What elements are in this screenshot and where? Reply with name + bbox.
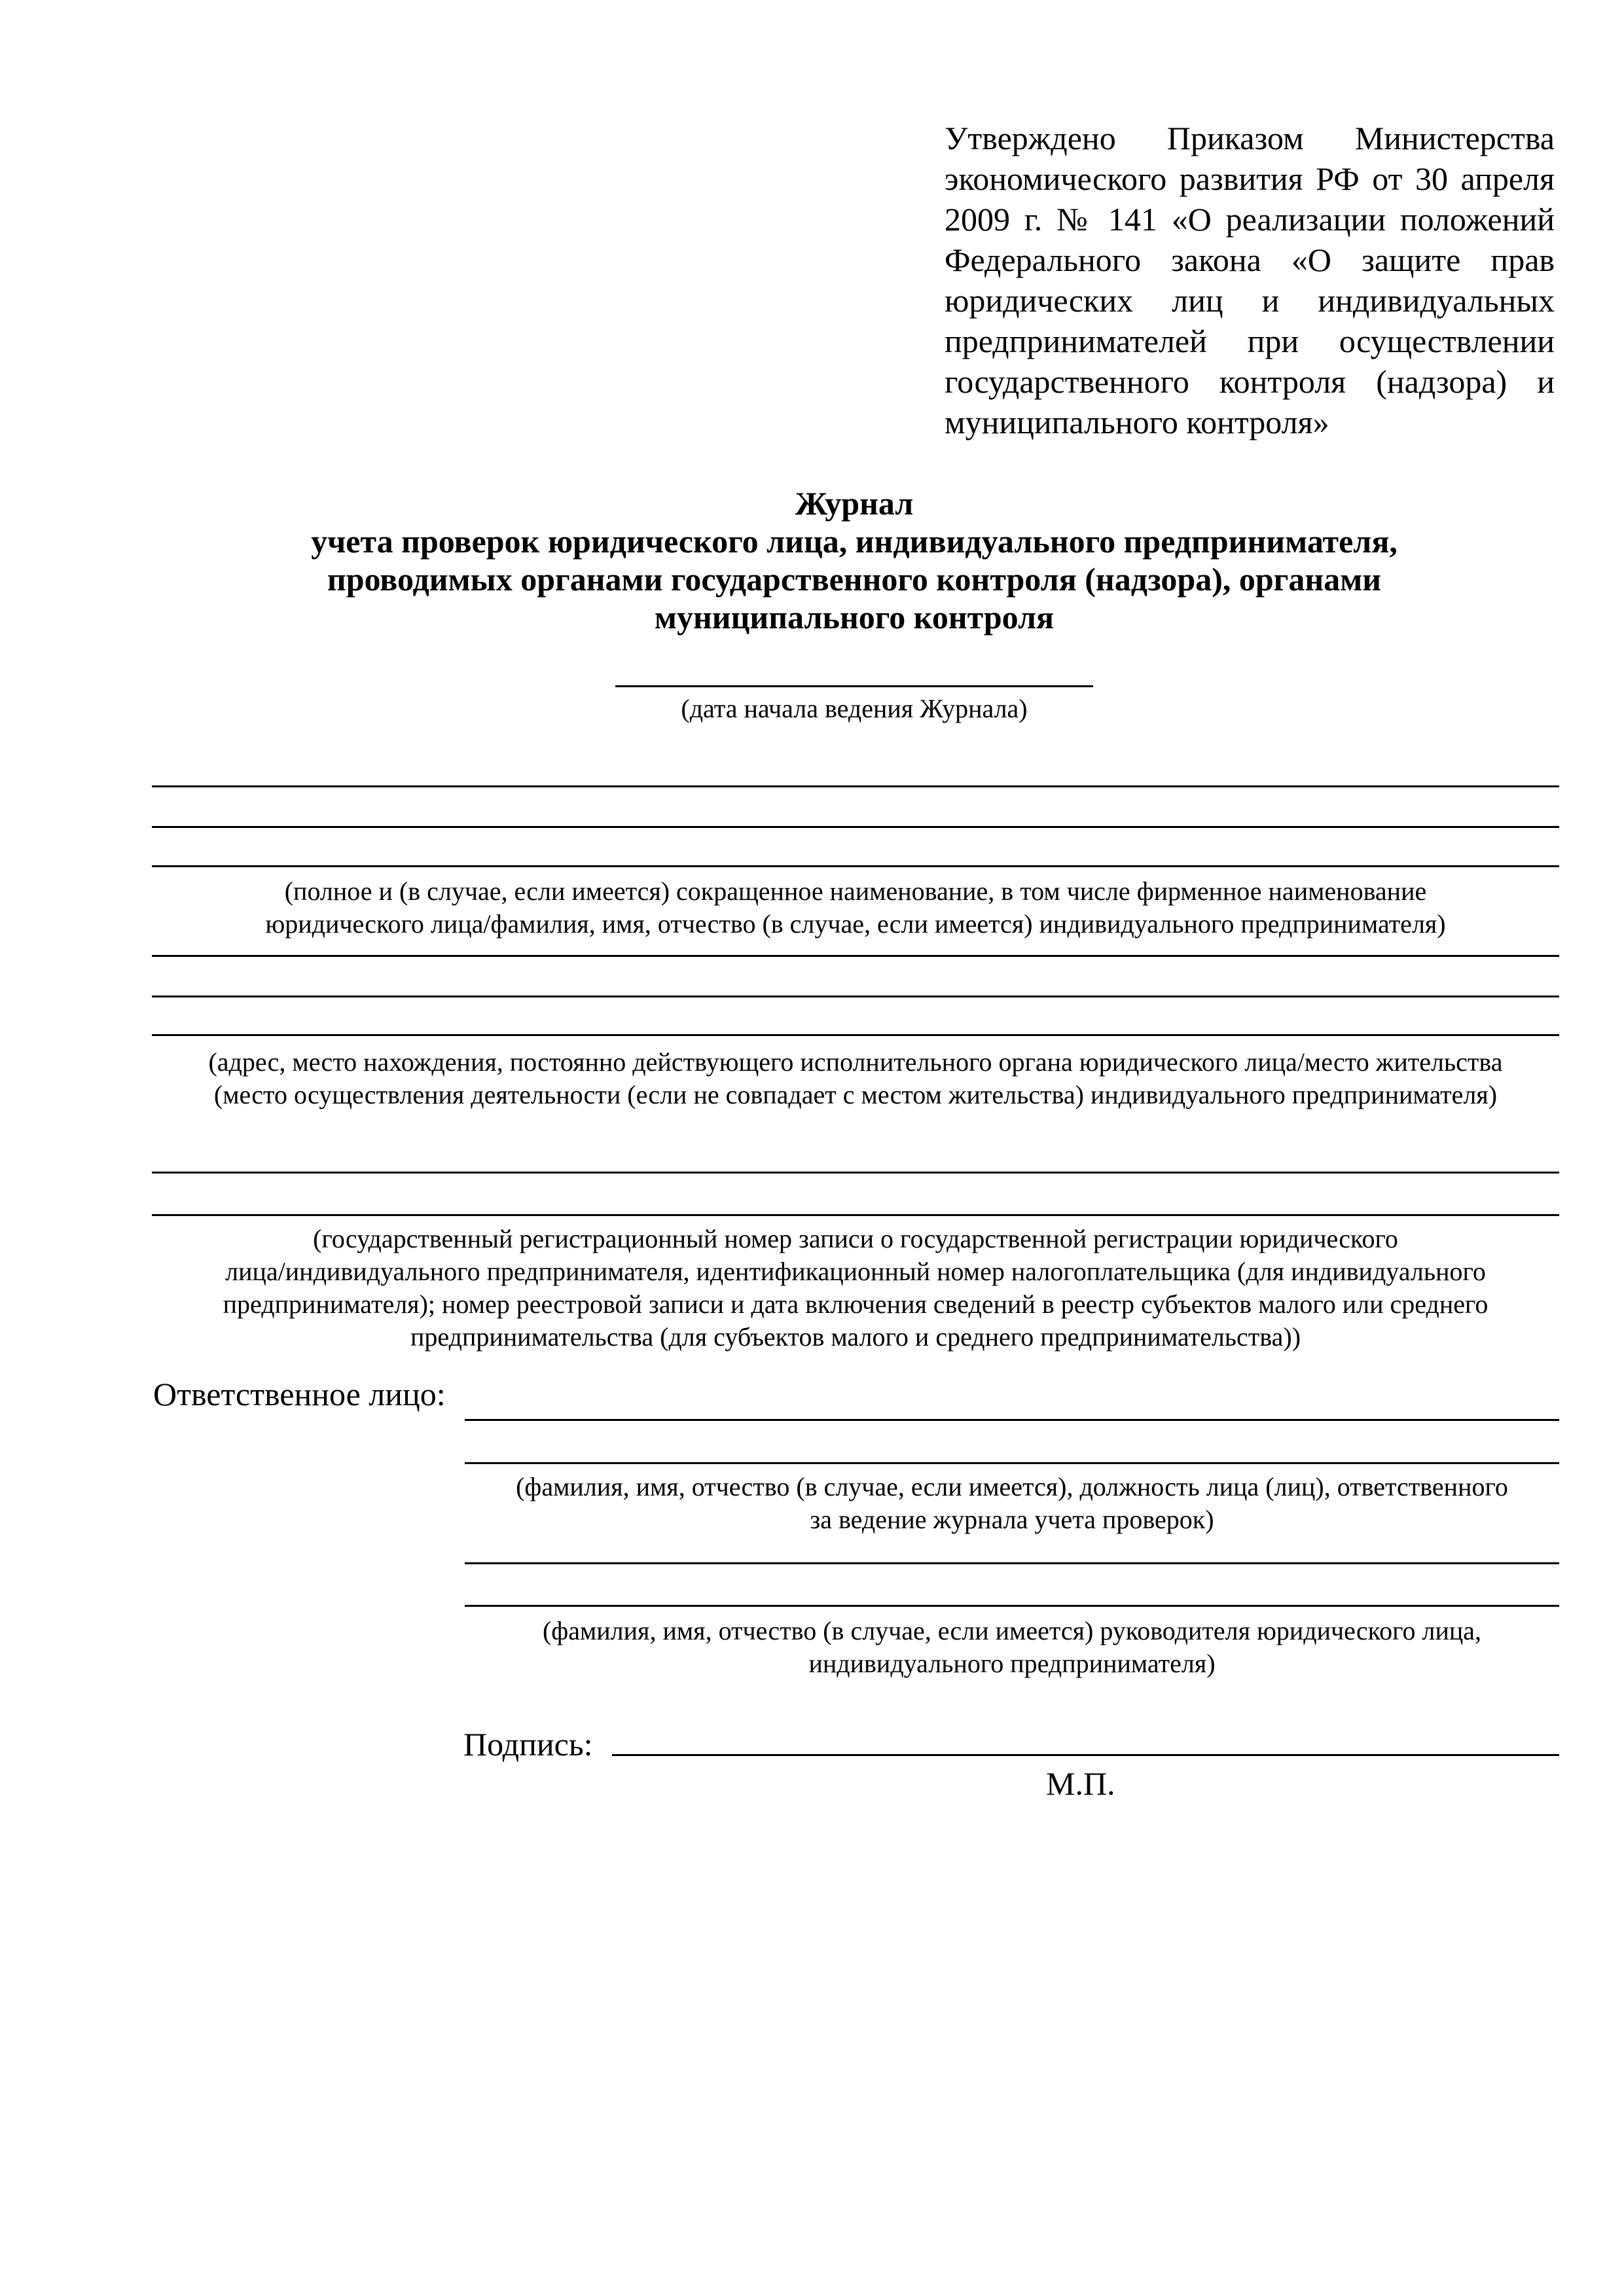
- start-date-caption: (дата начала ведения Журнала): [151, 692, 1558, 725]
- entity-name-line-3: [152, 865, 1559, 867]
- address-line-2: [152, 996, 1559, 997]
- address-line-1: [152, 955, 1559, 957]
- title-line-1: Журнал: [151, 484, 1558, 522]
- entity-name-line-1: [152, 785, 1559, 787]
- start-date-field[interactable]: [615, 648, 1093, 684]
- head-field-2[interactable]: [465, 1573, 1559, 1604]
- registration-field-2[interactable]: [152, 1181, 1559, 1213]
- head-field-1[interactable]: [465, 1532, 1559, 1563]
- address-field-2[interactable]: [152, 963, 1559, 995]
- responsible-person-line-2: [465, 1462, 1559, 1464]
- address-line-3: [152, 1034, 1559, 1036]
- address-caption: (адрес, место нахождения, постоянно дейс…: [152, 1046, 1559, 1111]
- document-title: Журнал учета проверок юридического лица,…: [151, 484, 1558, 636]
- start-date-underline: [615, 685, 1093, 687]
- responsible-person-field-1[interactable]: [465, 1388, 1559, 1419]
- stamp-placeholder: М.П.: [1046, 1764, 1115, 1803]
- entity-name-caption: (полное и (в случае, если имеется) сокра…: [152, 875, 1559, 941]
- registration-line-2: [152, 1214, 1559, 1216]
- responsible-person-field-2[interactable]: [465, 1429, 1559, 1461]
- title-line-4: муниципального контроля: [151, 598, 1558, 636]
- responsible-person-caption: (фамилия, имя, отчество (в случае, если …: [465, 1471, 1559, 1536]
- registration-caption: (государственный регистрационный номер з…: [152, 1223, 1559, 1354]
- approval-note: Утверждено Приказом Министерства экономи…: [945, 118, 1555, 442]
- responsible-person-line-1: [465, 1419, 1559, 1421]
- registration-line-1: [152, 1172, 1559, 1174]
- title-line-2: учета проверок юридического лица, индиви…: [151, 522, 1558, 560]
- entity-name-field-2[interactable]: [152, 793, 1559, 825]
- title-line-3: проводимых органами государственного кон…: [151, 560, 1558, 598]
- entity-name-line-2: [152, 826, 1559, 828]
- head-line-1: [465, 1562, 1559, 1564]
- registration-field-1[interactable]: [152, 1142, 1559, 1174]
- responsible-person-label: Ответственное лицо:: [153, 1374, 446, 1414]
- signature-line: [612, 1754, 1559, 1756]
- head-line-2: [465, 1605, 1559, 1607]
- head-caption: (фамилия, имя, отчество (в случае, если …: [465, 1615, 1559, 1680]
- entity-name-field-3[interactable]: [152, 834, 1559, 865]
- entity-name-field-1[interactable]: [152, 753, 1559, 784]
- signature-label: Подпись:: [463, 1725, 593, 1764]
- address-field-3[interactable]: [152, 1003, 1559, 1035]
